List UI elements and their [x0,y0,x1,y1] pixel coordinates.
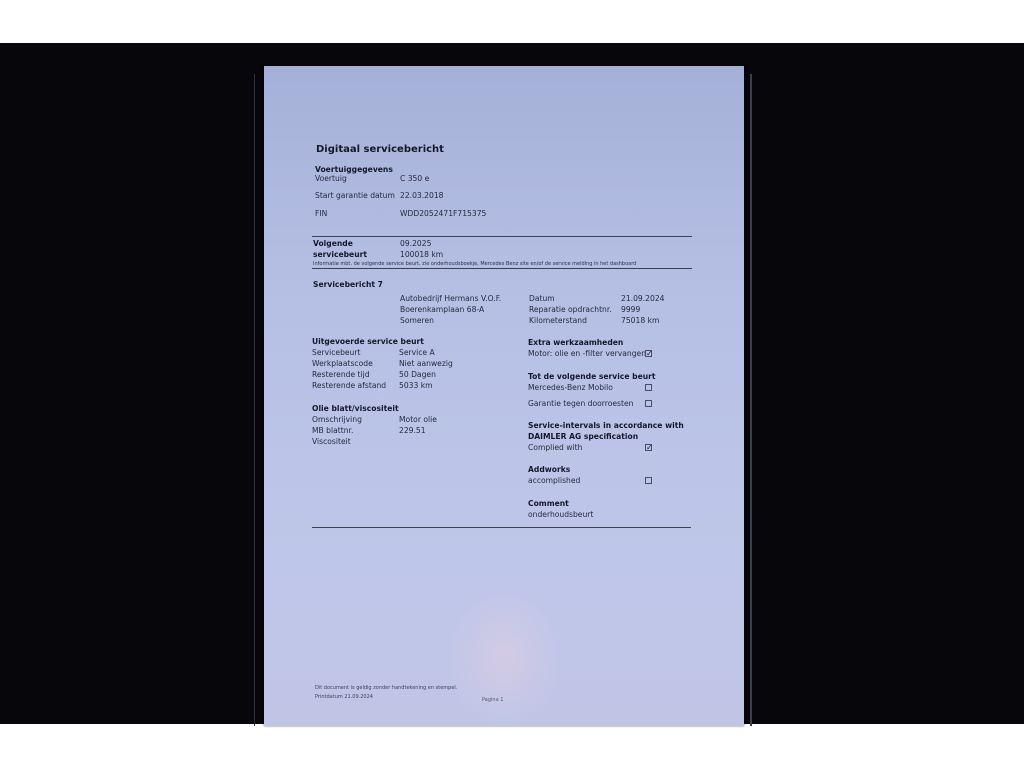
oil-description-label: Omschrijving [312,415,362,424]
intervals-heading-2: DAIMLER AG specification [528,432,638,441]
divider [312,236,692,237]
repair-order-value: 9999 [621,305,640,314]
fin-value: WDD2052471F715375 [400,209,486,218]
mb-sheet-value: 229.51 [399,426,426,435]
warranty-start-label: Start garantie datum [315,191,395,200]
next-service-heading-2: servicebeurt [313,250,367,259]
divider [312,527,691,528]
workshop-code-value: Niet aanwezig [399,359,453,368]
comment-heading: Comment [528,499,569,508]
next-service-date: 09.2025 [400,239,431,248]
oil-description-value: Motor olie [399,415,437,424]
checkbox-oil-filter[interactable]: ✓ [645,350,652,357]
divider [312,268,692,269]
viscosity-label: Viscositeit [312,437,351,446]
until-next-heading: Tot de volgende service beurt [528,372,656,381]
footer-disclaimer: Dit document is geldig zonder handtekeni… [315,685,457,691]
date-value: 21.09.2024 [621,294,664,303]
dealer-name: Autobedrijf Hermans V.O.F. [400,294,501,303]
checkbox-mobilo[interactable] [645,384,652,391]
remaining-time-value: 50 Dagen [399,370,436,379]
dealer-city: Someren [400,316,434,325]
footer-page: Pagina 1 [482,697,503,703]
vehicle-value: C 350 e [400,174,429,183]
remaining-distance-value: 5033 km [399,381,433,390]
dealer-street: Boerenkamplaan 68-A [400,305,484,314]
workshop-code-label: Werkplaatscode [312,359,373,368]
accomplished-label: accomplished [528,476,580,485]
next-service-info: Informatie mbt. de volgende service beur… [313,261,636,267]
checkbox-complied[interactable]: ✓ [645,444,652,451]
extra-work-item: Motor: olie en -filter vervangen [528,349,646,358]
odometer-value: 75018 km [621,316,659,325]
date-label: Datum [529,294,555,303]
remaining-time-label: Resterende tijd [312,370,370,379]
extra-work-heading: Extra werkzaamheden [528,338,623,347]
footer-print-date: Printdatum 21.09.2024 [315,694,373,700]
next-service-heading-1: Volgende [313,239,353,248]
checkbox-rust-warranty[interactable] [645,400,652,407]
remaining-distance-label: Resterende afstand [312,381,386,390]
intervals-heading-1: Service-intervals in accordance with [528,421,684,430]
warranty-start-value: 22.03.2018 [400,191,443,200]
next-service-km: 100018 km [400,250,443,259]
service-type-label: Servicebeurt [312,348,360,357]
report-heading: Servicebericht 7 [313,280,383,289]
fin-label: FIN [315,209,327,218]
vehicle-heading: Voertuiggegevens [315,165,393,174]
odometer-label: Kilometerstand [529,316,587,325]
document-title: Digitaal servicebericht [316,144,444,155]
rust-warranty-label: Garantie tegen doorroesten [528,399,633,408]
complied-label: Complied with [528,443,582,452]
mobilo-label: Mercedes-Benz Mobilo [528,383,613,392]
mb-sheet-label: MB blattnr. [312,426,353,435]
service-report-page: Digitaal servicebericht Voertuiggegevens… [264,66,744,726]
addworks-heading: Addworks [528,465,570,474]
service-type-value: Service A [399,348,435,357]
checkbox-accomplished[interactable] [645,477,652,484]
repair-order-label: Reparatie opdrachtnr. [529,305,612,314]
comment-text: onderhoudsbeurt [528,510,593,519]
oil-heading: Olie blatt/viscositeit [312,404,399,413]
performed-heading: Uitgevoerde service beurt [312,337,424,346]
vehicle-label: Voertuig [315,174,347,183]
